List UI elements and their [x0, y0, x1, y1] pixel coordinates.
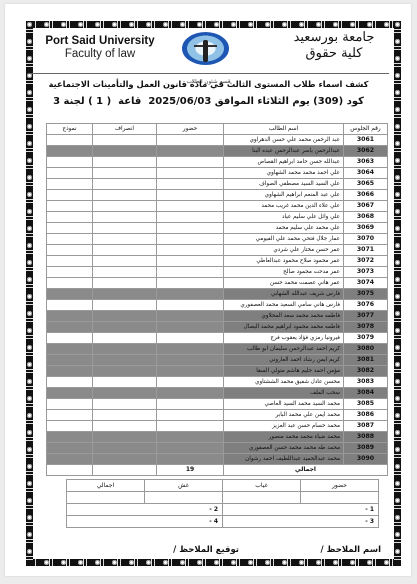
- departure-cell: [93, 366, 157, 377]
- seat-number: 3071: [344, 245, 388, 256]
- table-row: 3065علي السيد السيد مصطفي الصواف: [47, 179, 388, 190]
- departure-cell: [93, 432, 157, 443]
- university-logo-icon: [182, 32, 229, 65]
- table-row: 3063عبدالله حسن حامد ابراهيم القصاص: [47, 157, 388, 168]
- table-row: 3062عبدالرحمن ياسر عبدالرحمن عبده البنا: [47, 146, 388, 157]
- table-row: 3084سحب الملف: [47, 388, 388, 399]
- attendance-cell: [157, 300, 224, 311]
- summary-present-header: حضور: [301, 480, 379, 492]
- student-name: علي السيد السيد مصطفي الصواف: [224, 179, 344, 190]
- seat-number: 3072: [344, 256, 388, 267]
- departure-cell: [93, 311, 157, 322]
- departure-cell: [93, 245, 157, 256]
- table-row: 3066علي عبد المنعم ابراهيم الشهاوي: [47, 190, 388, 201]
- summary-cheating-header: غش: [145, 480, 223, 492]
- attendance-cell: [157, 355, 224, 366]
- attendance-cell: [157, 146, 224, 157]
- model-cell: [47, 146, 93, 157]
- seat-number: 3068: [344, 212, 388, 223]
- table-row: 3087محمد حسام حسن عبد العزيز: [47, 421, 388, 432]
- summary-item-1: 1 -: [223, 504, 379, 516]
- attendance-cell: [157, 289, 224, 300]
- table-row: 3075فارس شريف عبدالله الشهابي: [47, 289, 388, 300]
- model-cell: [47, 443, 93, 454]
- attendance-cell: [157, 454, 224, 465]
- summary-item-4: 4 -: [67, 516, 223, 528]
- summary-present-value: [301, 492, 379, 504]
- seat-number: 3082: [344, 366, 388, 377]
- student-name: كريم احمد عبدالرحمن سليمان ابو طالب: [224, 344, 344, 355]
- departure-cell: [93, 256, 157, 267]
- student-name: فيرونيا رمزي فؤاد يعقوب فرج: [224, 333, 344, 344]
- model-cell: [47, 377, 93, 388]
- seat-number: 3070: [344, 234, 388, 245]
- attendance-cell: [157, 388, 224, 399]
- summary-table: حضور غياب غش اجمالي 1 - 2 - 3 - 4 -: [66, 479, 379, 528]
- model-cell: [47, 399, 93, 410]
- model-cell: [47, 157, 93, 168]
- student-name: عمار جلال فتحي محمد علي الفيومي: [224, 234, 344, 245]
- model-cell: [47, 432, 93, 443]
- faculty-name-en: Faculty of law: [35, 48, 165, 60]
- student-name: محمد السيد محمد السيد العاصي: [224, 399, 344, 410]
- departure-cell: [93, 421, 157, 432]
- model-cell: [47, 190, 93, 201]
- observer-signature-label: توقيع الملاحظ /: [173, 545, 239, 555]
- table-row: 3083محسن عادل شفيق محمد الششتاوي: [47, 377, 388, 388]
- seat-number: 3083: [344, 377, 388, 388]
- table-row: 3074عمر هاني عصمت محمد حسن: [47, 278, 388, 289]
- summary-absent-value: [223, 492, 301, 504]
- table-header-row: رقم الجلوس اسم الطالب حضور انصراف نموذج: [47, 124, 388, 135]
- attendance-cell: [157, 311, 224, 322]
- total-model: [47, 465, 93, 476]
- seat-number: 3076: [344, 300, 388, 311]
- model-cell: [47, 322, 93, 333]
- university-name-ar: جامعة بورسعيد: [279, 30, 389, 45]
- attendance-cell: [157, 267, 224, 278]
- seat-number: 3073: [344, 267, 388, 278]
- table-body: 3061عبد الرحمن محمد علي حسن الدهراوي3062…: [47, 135, 388, 465]
- logo-pillar: [203, 40, 208, 62]
- table-row: 3073عمر مدحت محمود صالح: [47, 267, 388, 278]
- col-model: نموذج: [47, 124, 93, 135]
- departure-cell: [93, 179, 157, 190]
- student-name: عبدالله حسن حامد ابراهيم القصاص: [224, 157, 344, 168]
- table-row: 3076فارس هاني سامي السعيد محمد العصفوري: [47, 300, 388, 311]
- table-row: 3085محمد السيد محمد السيد العاصي: [47, 399, 388, 410]
- model-cell: [47, 223, 93, 234]
- student-name: محمد ايمن علي محمد البابر: [224, 410, 344, 421]
- table-row: 3072عمر محمود صلاح محمود عبدالعاطي: [47, 256, 388, 267]
- faculty-name-ar: كلية حقوق: [279, 46, 389, 61]
- document-title: كشف اسماء طلاب المستوى الثالث في مادة قا…: [0, 79, 417, 89]
- departure-cell: [93, 278, 157, 289]
- attendance-cell: [157, 157, 224, 168]
- col-student-name: اسم الطالب: [224, 124, 344, 135]
- departure-cell: [93, 443, 157, 454]
- seat-number: 3064: [344, 168, 388, 179]
- attendance-cell: [157, 322, 224, 333]
- summary-total-value: [67, 492, 145, 504]
- seat-number: 3066: [344, 190, 388, 201]
- attendance-cell: [157, 410, 224, 421]
- model-cell: [47, 135, 93, 146]
- table-row: 3071عمر حسن مختار علي شردي: [47, 245, 388, 256]
- student-name: عمر مدحت محمود صالح: [224, 267, 344, 278]
- seat-number: 3084: [344, 388, 388, 399]
- attendance-cell: [157, 278, 224, 289]
- attendance-cell: [157, 366, 224, 377]
- student-name: كريم ايمن رشاد احمد العاروني: [224, 355, 344, 366]
- model-cell: [47, 366, 93, 377]
- attendance-cell: [157, 399, 224, 410]
- model-cell: [47, 421, 93, 432]
- departure-cell: [93, 377, 157, 388]
- summary-total-header: اجمالي: [67, 480, 145, 492]
- seat-number: 3079: [344, 333, 388, 344]
- student-name: سحب الملف: [224, 388, 344, 399]
- departure-cell: [93, 289, 157, 300]
- table-row: 3078فاطمه محمد محمود ابراهيم محمد البصال: [47, 322, 388, 333]
- departure-cell: [93, 212, 157, 223]
- model-cell: [47, 179, 93, 190]
- summary-cheating-value: [145, 492, 223, 504]
- table-row: 3061عبد الرحمن محمد علي حسن الدهراوي: [47, 135, 388, 146]
- table-row: 3068علي وائل علي سليم عياد: [47, 212, 388, 223]
- departure-cell: [93, 410, 157, 421]
- table-row: 3086محمد ايمن علي محمد البابر: [47, 410, 388, 421]
- table-row: 3067علي علاء الدين محمد غريب محمد: [47, 201, 388, 212]
- summary-item-2: 2 -: [67, 504, 223, 516]
- table-row: 3077فاطمه محمد محمد سعد المحلاوي: [47, 311, 388, 322]
- attendance-cell: [157, 223, 224, 234]
- total-departure: [93, 465, 157, 476]
- seat-number: 3074: [344, 278, 388, 289]
- seat-number: 3063: [344, 157, 388, 168]
- attendance-cell: [157, 256, 224, 267]
- student-name: عمر هاني عصمت محمد حسن: [224, 278, 344, 289]
- exam-details: كود (309) يوم الثلاثاء الموافق 2025/06/0…: [0, 96, 417, 107]
- seat-number: 3065: [344, 179, 388, 190]
- attendance-cell: [157, 421, 224, 432]
- seat-number: 3089: [344, 443, 388, 454]
- table-row: 3081كريم ايمن رشاد احمد العاروني: [47, 355, 388, 366]
- student-name: عبدالرحمن ياسر عبدالرحمن عبده البنا: [224, 146, 344, 157]
- table-row: 3064علي احمد محمد محمد الشهاوي: [47, 168, 388, 179]
- attendance-cell: [157, 344, 224, 355]
- observer-name-label: اسم الملاحظ /: [321, 545, 381, 555]
- student-name: فارس شريف عبدالله الشهابي: [224, 289, 344, 300]
- table-row: 3082مؤمن احمد حليم هاشم متولي السقا: [47, 366, 388, 377]
- departure-cell: [93, 146, 157, 157]
- seat-number: 3080: [344, 344, 388, 355]
- departure-cell: [93, 267, 157, 278]
- border-bottom: [26, 559, 401, 566]
- departure-cell: [93, 344, 157, 355]
- col-seat-number: رقم الجلوس: [344, 124, 388, 135]
- departure-cell: [93, 300, 157, 311]
- seat-number: 3088: [344, 432, 388, 443]
- departure-cell: [93, 388, 157, 399]
- summary-absent-header: غياب: [223, 480, 301, 492]
- seat-number: 3081: [344, 355, 388, 366]
- model-cell: [47, 278, 93, 289]
- attendance-cell: [157, 377, 224, 388]
- attendance-cell: [157, 443, 224, 454]
- table-row: 3088محمد ضياء محمد محمد منصور: [47, 432, 388, 443]
- student-name: علي علاء الدين محمد غريب محمد: [224, 201, 344, 212]
- attendance-cell: [157, 201, 224, 212]
- model-cell: [47, 234, 93, 245]
- seat-number: 3067: [344, 201, 388, 212]
- header-arabic: جامعة بورسعيد كلية حقوق: [279, 30, 389, 61]
- departure-cell: [93, 234, 157, 245]
- departure-cell: [93, 399, 157, 410]
- summary-list-row: 3 - 4 -: [67, 516, 379, 528]
- attendance-cell: [157, 135, 224, 146]
- departure-cell: [93, 135, 157, 146]
- col-attendance: حضور: [157, 124, 224, 135]
- student-name: محسن عادل شفيق محمد الششتاوي: [224, 377, 344, 388]
- attendance-cell: [157, 168, 224, 179]
- model-cell: [47, 300, 93, 311]
- col-departure: انصراف: [93, 124, 157, 135]
- model-cell: [47, 311, 93, 322]
- model-cell: [47, 333, 93, 344]
- seat-number: 3090: [344, 454, 388, 465]
- student-name: محمد عبدالحميد عبداللطيف احمد رشوان: [224, 454, 344, 465]
- summary-values-row: [67, 492, 379, 504]
- model-cell: [47, 245, 93, 256]
- table-row: 3090محمد عبدالحميد عبداللطيف احمد رشوان: [47, 454, 388, 465]
- departure-cell: [93, 168, 157, 179]
- student-name: محمد حسام حسن عبد العزيز: [224, 421, 344, 432]
- departure-cell: [93, 190, 157, 201]
- seat-number: 3062: [344, 146, 388, 157]
- seat-number: 3078: [344, 322, 388, 333]
- model-cell: [47, 355, 93, 366]
- attendance-cell: [157, 190, 224, 201]
- attendance-cell: [157, 333, 224, 344]
- table-row: 3080كريم احمد عبدالرحمن سليمان ابو طالب: [47, 344, 388, 355]
- seat-number: 3087: [344, 421, 388, 432]
- model-cell: [47, 267, 93, 278]
- student-name: علي احمد محمد محمد الشهاوي: [224, 168, 344, 179]
- seat-number: 3075: [344, 289, 388, 300]
- student-attendance-table: رقم الجلوس اسم الطالب حضور انصراف نموذج …: [46, 123, 388, 476]
- student-name: علي محمد علي سليم محمد: [224, 223, 344, 234]
- summary-item-3: 3 -: [223, 516, 379, 528]
- model-cell: [47, 344, 93, 355]
- model-cell: [47, 289, 93, 300]
- departure-cell: [93, 201, 157, 212]
- summary-list-row: 1 - 2 -: [67, 504, 379, 516]
- total-label: اجمالي: [224, 465, 388, 476]
- student-name: عمر حسن مختار علي شردي: [224, 245, 344, 256]
- summary-header-row: حضور غياب غش اجمالي: [67, 480, 379, 492]
- header-english: Port Said University Faculty of law: [35, 35, 165, 60]
- student-name: فاطمه محمد محمد سعد المحلاوي: [224, 311, 344, 322]
- departure-cell: [93, 454, 157, 465]
- seat-number: 3061: [344, 135, 388, 146]
- departure-cell: [93, 322, 157, 333]
- attendance-cell: [157, 234, 224, 245]
- attendance-cell: [157, 179, 224, 190]
- total-row: اجمالي 19: [47, 465, 388, 476]
- attendance-cell: [157, 432, 224, 443]
- student-name: علي وائل علي سليم عياد: [224, 212, 344, 223]
- attendance-cell: [157, 212, 224, 223]
- table-row: 3070عمار جلال فتحي محمد علي الفيومي: [47, 234, 388, 245]
- departure-cell: [93, 223, 157, 234]
- border-top: [26, 21, 401, 28]
- departure-cell: [93, 333, 157, 344]
- model-cell: [47, 388, 93, 399]
- table-row: 3079فيرونيا رمزي فؤاد يعقوب فرج: [47, 333, 388, 344]
- student-name: فارس هاني سامي السعيد محمد العصفوري: [224, 300, 344, 311]
- seat-number: 3069: [344, 223, 388, 234]
- attendance-cell: [157, 245, 224, 256]
- table-row: 3069علي محمد علي سليم محمد: [47, 223, 388, 234]
- model-cell: [47, 454, 93, 465]
- student-name: محمد طه محمد محمد حسن العصفوري: [224, 443, 344, 454]
- model-cell: [47, 212, 93, 223]
- student-name: محمد ضياء محمد محمد منصور: [224, 432, 344, 443]
- model-cell: [47, 256, 93, 267]
- seat-number: 3085: [344, 399, 388, 410]
- table-row: 3089محمد طه محمد محمد حسن العصفوري: [47, 443, 388, 454]
- student-name: عمر محمود صلاح محمود عبدالعاطي: [224, 256, 344, 267]
- seat-number: 3077: [344, 311, 388, 322]
- total-attendance: 19: [157, 465, 224, 476]
- seat-number: 3086: [344, 410, 388, 421]
- university-name-en: Port Said University: [35, 35, 165, 47]
- departure-cell: [93, 157, 157, 168]
- student-name: علي عبد المنعم ابراهيم الشهاوي: [224, 190, 344, 201]
- departure-cell: [93, 355, 157, 366]
- model-cell: [47, 410, 93, 421]
- student-name: فاطمه محمد محمود ابراهيم محمد البصال: [224, 322, 344, 333]
- model-cell: [47, 201, 93, 212]
- model-cell: [47, 168, 93, 179]
- student-name: مؤمن احمد حليم هاشم متولي السقا: [224, 366, 344, 377]
- student-name: عبد الرحمن محمد علي حسن الدهراوي: [224, 135, 344, 146]
